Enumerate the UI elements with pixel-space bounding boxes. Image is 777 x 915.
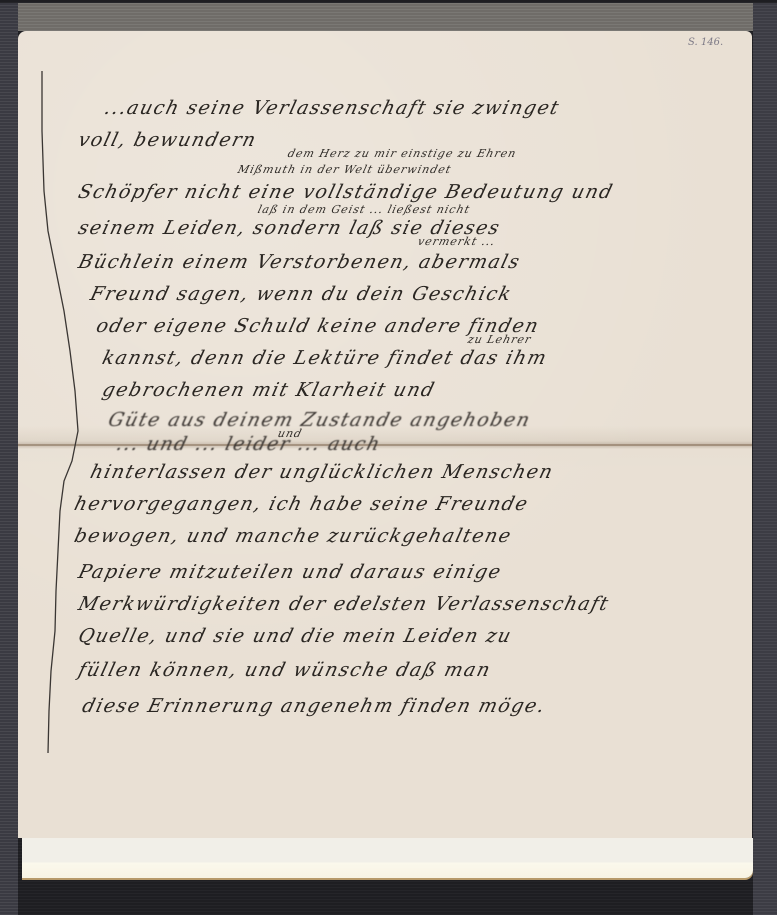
manuscript-line-11: ... und ... leider ... auch (114, 433, 384, 455)
manuscript-line-13: hervorgegangen, ich habe seine Freunde (72, 493, 531, 515)
manuscript-line-9: gebrochenen mit Klarheit und (100, 379, 438, 401)
manuscript-line-6: Freund sagen, wenn du dein Geschick (88, 283, 514, 305)
interlinear-insert-3: laß in dem Geist ... ließest nicht (256, 203, 471, 216)
manuscript-line-12: hinterlassen der unglücklichen Menschen (88, 461, 556, 483)
interlinear-insert-1: dem Herz zu mir einstige zu Ehren (286, 147, 518, 160)
manuscript-line-5: Büchlein einem Verstorbenen, abermals (76, 251, 523, 273)
underlying-page-edges (22, 838, 753, 878)
manuscript-line-17: Quelle, und sie und die mein Leiden zu (76, 625, 515, 647)
line-2-text: voll, bewundern (76, 129, 259, 151)
manuscript-line-15: Papiere mitzuteilen und daraus einige (76, 561, 504, 583)
scanner-right-band (753, 3, 777, 915)
manuscript-line-3: Schöpfer nicht eine vollständige Bedeutu… (76, 181, 616, 203)
manuscript-line-8: kannst, denn die Lektüre findet das ihm (100, 347, 550, 369)
manuscript-line-14: bewogen, und manche zurückgehaltene (72, 525, 514, 547)
page-number: S. 146. (688, 37, 723, 48)
interlinear-insert-2: Mißmuth in der Welt überwindet (236, 163, 453, 176)
manuscript-line-2: voll, bewundern (76, 129, 259, 151)
manuscript-line-10: Güte aus deinem Zustande angehoben (106, 409, 533, 431)
manuscript-line-18: füllen können, und wünsche daß man (76, 659, 494, 681)
interlinear-insert-5: zu Lehrer (466, 333, 533, 346)
scanner-top-band (0, 3, 777, 31)
manuscript-line-1: ...auch seine Verlassenschaft sie zwinge… (102, 97, 562, 119)
scanner-left-band (0, 3, 18, 915)
manuscript-line-19: diese Erinnerung angenehm finden möge. (80, 695, 548, 717)
manuscript-line-16: Merkwürdigkeiten der edelsten Verlassens… (76, 593, 612, 615)
interlinear-insert-4: vermerkt ... (416, 235, 497, 248)
manuscript-page: S. 146. ...auch seine Verlassenschaft si… (18, 31, 752, 838)
